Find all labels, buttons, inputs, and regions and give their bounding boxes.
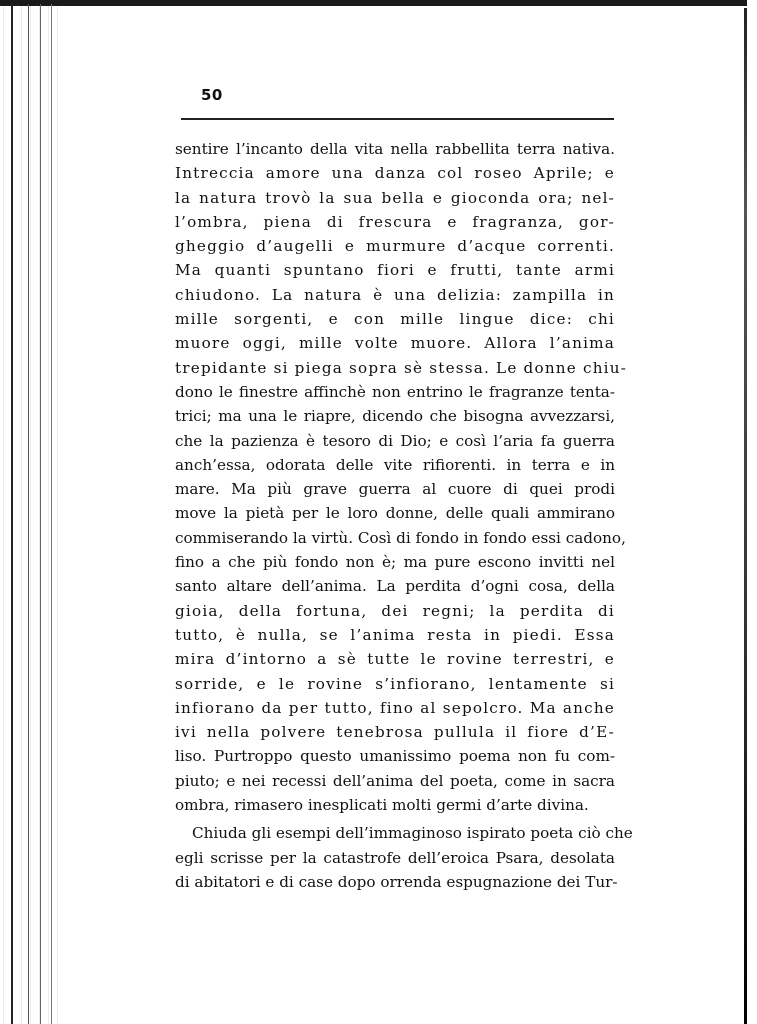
body-text: sentire l’incanto della vita nella rabbe… xyxy=(175,137,615,894)
page-number: 50 xyxy=(201,86,223,104)
text-line: move la pietà per le loro donne, delle q… xyxy=(175,501,615,525)
text-line: la natura trovò la sua bella e gioconda … xyxy=(175,186,615,210)
text-line: ombra, rimasero inesplicati molti germi … xyxy=(175,793,615,817)
paragraph: sentire l’incanto della vita nella rabbe… xyxy=(175,137,615,817)
scan-right-edge xyxy=(744,8,747,1024)
text-line: trepidante si piega sopra sè stessa. Le … xyxy=(175,356,615,380)
header-rule xyxy=(181,118,614,120)
text-line: santo altare dell’anima. La perdita d’og… xyxy=(175,574,615,598)
text-line: sentire l’incanto della vita nella rabbe… xyxy=(175,137,615,161)
text-line: tutto, è nulla, se l’anima resta in pied… xyxy=(175,623,615,647)
binding-line xyxy=(51,4,52,1024)
text-line: muore oggi, mille volte muore. Allora l’… xyxy=(175,331,615,355)
text-line: gioia, della fortuna, dei regni; la perd… xyxy=(175,599,615,623)
text-line: l’ombra, piena di frescura e fragranza, … xyxy=(175,210,615,234)
text-line: ivi nella polvere tenebrosa pullula il f… xyxy=(175,720,615,744)
text-line: Intreccia amore una danza col roseo Apri… xyxy=(175,161,615,185)
text-line: di abitatori e di case dopo orrenda espu… xyxy=(175,870,615,894)
text-line: sorride, e le rovine s’infiorano, lentam… xyxy=(175,672,615,696)
paragraph: Chiuda gli esempi dell’immaginoso ispira… xyxy=(175,821,615,894)
text-line: anch’essa, odorata delle vite rifiorenti… xyxy=(175,453,615,477)
binding-line xyxy=(11,4,13,1024)
text-line: liso. Purtroppo questo umanissimo poema … xyxy=(175,744,615,768)
scan-binding-edge xyxy=(0,0,60,1024)
text-line: Chiuda gli esempi dell’immaginoso ispira… xyxy=(175,821,615,845)
text-line: piuto; e nei recessi dell’anima del poet… xyxy=(175,769,615,793)
text-line: chiudono. La natura è una delizia: zampi… xyxy=(175,283,615,307)
text-line: fino a che più fondo non è; ma pure esco… xyxy=(175,550,615,574)
text-line: mille sorgenti, e con mille lingue dice:… xyxy=(175,307,615,331)
binding-line xyxy=(40,4,41,1024)
scan-top-edge xyxy=(0,0,757,6)
binding-line xyxy=(28,4,29,1024)
text-line: mare. Ma più grave guerra al cuore di qu… xyxy=(175,477,615,501)
text-line: dono le finestre affinchè non entrino le… xyxy=(175,380,615,404)
text-line: egli scrisse per la catastrofe dell’eroi… xyxy=(175,846,615,870)
text-line: commiserando la virtù. Così di fondo in … xyxy=(175,526,615,550)
text-line: gheggio d’augelli e murmure d’acque corr… xyxy=(175,234,615,258)
text-line: trici; ma una le riapre, dicendo che bis… xyxy=(175,404,615,428)
text-line: mira d’intorno a sè tutte le rovine terr… xyxy=(175,647,615,671)
text-line: che la pazienza è tesoro di Dio; e così … xyxy=(175,429,615,453)
text-line: infiorano da per tutto, fino al sepolcro… xyxy=(175,696,615,720)
scan-right-margin xyxy=(747,0,757,1024)
text-line: Ma quanti spuntano fiori e frutti, tante… xyxy=(175,258,615,282)
